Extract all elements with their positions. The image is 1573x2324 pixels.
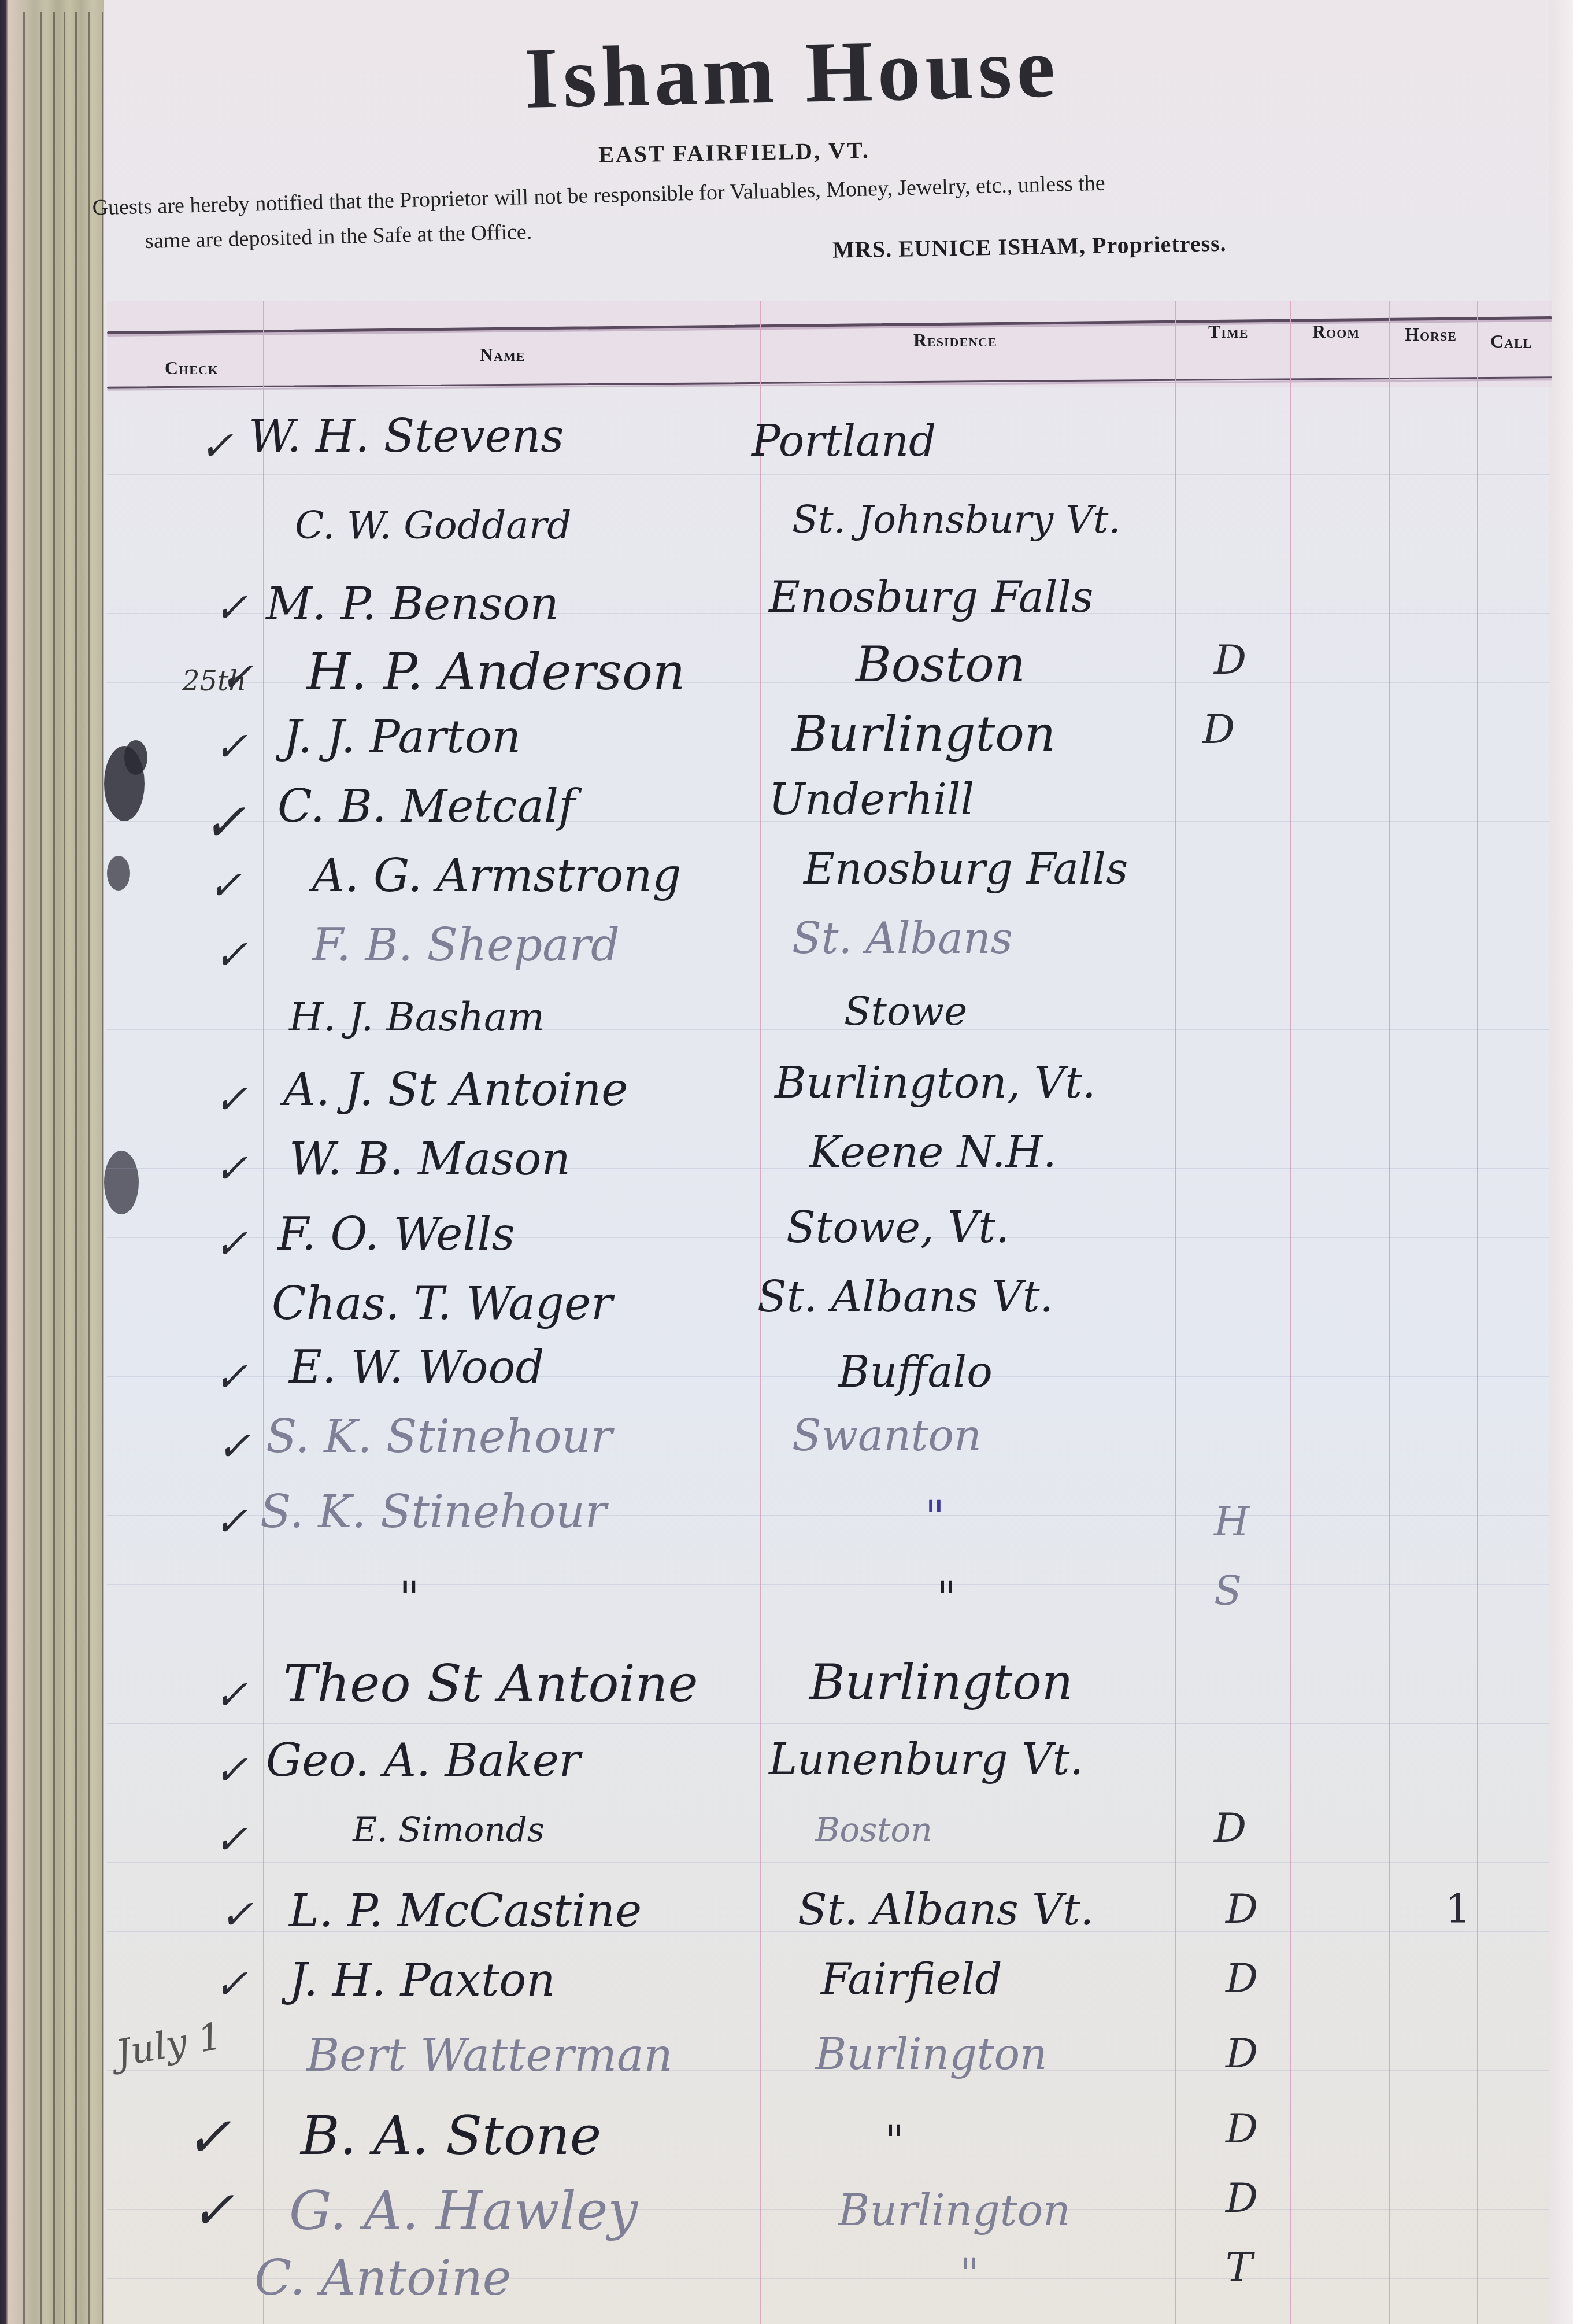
row-name: Bert Watterman: [306, 2030, 673, 2082]
row-name: L. P. McCastine: [289, 1885, 642, 1937]
row-residence: Keene N.H.: [809, 1128, 1056, 1177]
ruled-line: [107, 1793, 1549, 1793]
row-check: ✓: [214, 1353, 248, 1401]
column-header-time: Time: [1208, 321, 1248, 342]
row-time: H: [1214, 1498, 1249, 1545]
row-name: S. K. Stinehour: [266, 1411, 612, 1463]
row-name: H. J. Basham: [289, 995, 545, 1040]
row-check: ✓: [220, 1891, 254, 1938]
column-header-residence: Residence: [913, 330, 997, 351]
row-check: ✓: [214, 1220, 248, 1268]
row-time: D: [1226, 2174, 1258, 2222]
row-time: S: [1214, 1567, 1242, 1614]
row-time: D: [1214, 1804, 1246, 1852]
column-divider-residence: [1175, 301, 1176, 2324]
column-divider-time: [1290, 301, 1291, 2324]
row-residence: ": [884, 2116, 904, 2166]
hotel-title: Isham House: [328, 13, 1255, 132]
column-header-room: Room: [1312, 321, 1360, 342]
row-name: C. Antoine: [254, 2249, 511, 2306]
row-name: ": [399, 1573, 420, 1625]
row-name: J. J. Parton: [283, 711, 521, 763]
row-residence: Portland: [752, 416, 936, 466]
row-residence: Stowe, Vt.: [786, 1203, 1009, 1252]
row-time: D: [1202, 705, 1235, 753]
row-residence: Burlington: [809, 1654, 1073, 1710]
row-check: ✓: [191, 2180, 234, 2241]
row-name: H. P. Anderson: [306, 642, 686, 701]
row-name: J. H. Paxton: [289, 1954, 555, 2007]
column-header-name: Name: [480, 344, 525, 365]
column-header-check: Check: [165, 357, 219, 379]
row-check: ✓: [217, 1423, 251, 1470]
row-time: D: [1226, 1885, 1258, 1933]
row-name: E. W. Wood: [289, 1342, 544, 1394]
row-name: W. H. Stevens: [249, 411, 564, 463]
row-time: D: [1226, 2105, 1258, 2152]
column-divider-room: [1389, 301, 1390, 2324]
row-residence: Stowe: [844, 989, 967, 1034]
row-residence: Burlington: [838, 2186, 1071, 2236]
row-residence: Buffalo: [838, 1347, 993, 1397]
row-residence: Swanton: [792, 1411, 982, 1461]
row-residence: St. Albans Vt.: [798, 1885, 1094, 1935]
ink-blot: [107, 856, 130, 891]
row-check: ✓: [220, 653, 254, 701]
row-time: T: [1226, 2244, 1253, 2291]
row-residence: ": [925, 1492, 945, 1542]
row-check: ✓: [199, 422, 234, 470]
row-check: ✓: [202, 792, 246, 853]
facing-page-edge: [1549, 0, 1573, 2324]
ink-blot: [104, 1151, 139, 1214]
book-page-edges: [0, 0, 104, 2324]
row-residence: Boston: [856, 636, 1026, 693]
row-check: ✓: [214, 1671, 248, 1719]
row-check: ✓: [214, 584, 248, 631]
row-name: B. A. Stone: [301, 2105, 601, 2167]
row-time: D: [1226, 1954, 1258, 2002]
ruled-line: [107, 1584, 1549, 1585]
row-name: A. J. St Antoine: [283, 1064, 628, 1116]
row-check: ✓: [214, 931, 248, 978]
column-divider-check: [263, 301, 264, 2324]
row-residence: ": [937, 1573, 956, 1623]
row-residence: Burlington: [792, 705, 1056, 762]
row-name: S. K. Stinehour: [260, 1486, 606, 1538]
row-name: E. Simonds: [353, 1810, 545, 1849]
row-name: Chas. T. Wager: [272, 1278, 612, 1330]
row-name: M. P. Benson: [266, 578, 559, 630]
row-residence: ": [960, 2249, 979, 2299]
row-residence: Lunenburg Vt.: [769, 1735, 1083, 1784]
column-header-horse: Horse: [1405, 324, 1457, 345]
row-check: ✓: [214, 1960, 248, 2008]
ink-blot: [124, 740, 147, 775]
row-residence: Enosburg Falls: [804, 844, 1128, 894]
row-residence: St. Albans: [792, 914, 1013, 963]
row-residence: Enosburg Falls: [769, 572, 1093, 622]
row-check: ✓: [214, 1076, 248, 1123]
column-header-band: [107, 301, 1552, 387]
ruled-line: [107, 1862, 1549, 1863]
row-check: ✓: [214, 1498, 248, 1545]
row-residence: Boston: [815, 1810, 932, 1849]
row-check: ✓: [185, 2105, 231, 2170]
row-check: ✓: [214, 1816, 248, 1863]
row-name: A. G. Armstrong: [312, 850, 681, 902]
row-time: D: [1214, 636, 1246, 683]
row-residence: Fairfield: [821, 1954, 1002, 2004]
row-name: Theo St Antoine: [283, 1654, 698, 1713]
row-name: G. A. Hawley: [289, 2180, 638, 2242]
row-name: W. B. Mason: [289, 1133, 571, 1185]
row-residence: Burlington, Vt.: [775, 1058, 1095, 1108]
row-check: ✓: [208, 862, 242, 909]
ruled-line: [107, 474, 1549, 475]
row-name: F. B. Shepard: [312, 919, 620, 971]
row-call: 1: [1445, 1885, 1471, 1933]
row-time: D: [1226, 2030, 1258, 2077]
row-name: C. W. Goddard: [295, 503, 571, 548]
row-name: Geo. A. Baker: [266, 1735, 580, 1787]
row-name: F. O. Wells: [277, 1209, 515, 1261]
row-residence: St. Albans Vt.: [757, 1272, 1053, 1322]
ruled-line: [107, 1723, 1549, 1724]
row-residence: St. Johnsbury Vt.: [792, 497, 1121, 542]
row-residence: Burlington: [815, 2030, 1048, 2079]
column-divider-horse: [1477, 301, 1478, 2324]
column-header-call: Call: [1490, 331, 1532, 352]
row-name: C. B. Metcalf: [277, 781, 575, 833]
row-check: ✓: [214, 723, 248, 770]
row-check: ✓: [214, 1746, 248, 1794]
row-residence: Underhill: [769, 775, 974, 825]
row-check: ✓: [214, 1145, 248, 1192]
